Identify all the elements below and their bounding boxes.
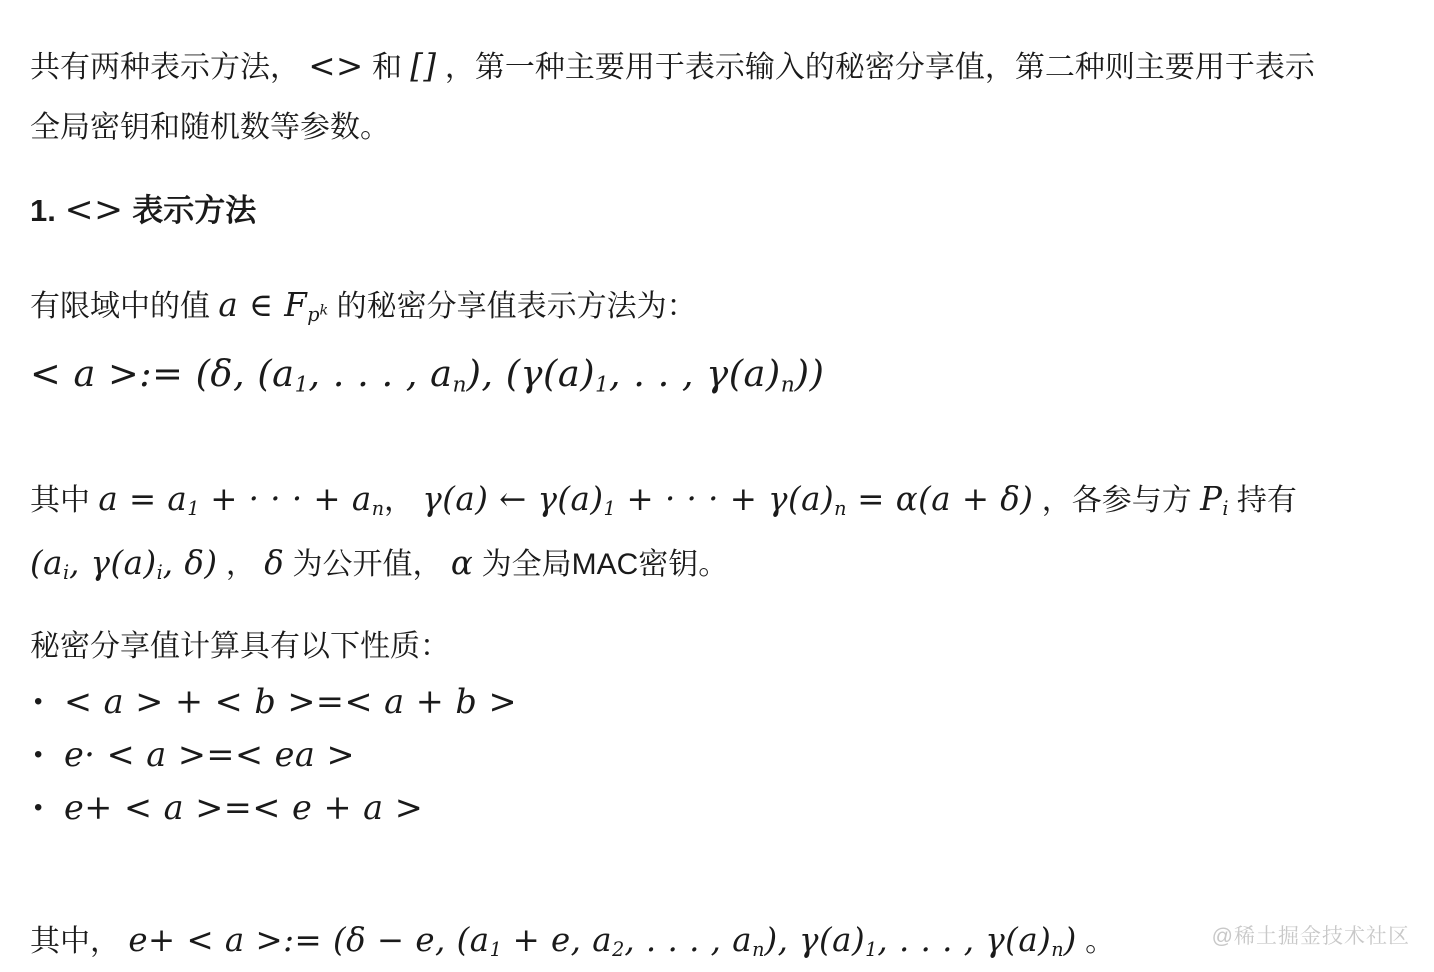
math-segment: n: [834, 497, 846, 520]
properties-intro-paragraph: 秘密分享值计算具有以下性质：: [30, 625, 1408, 669]
properties-list: < a > + < b >=< a + b > e· < a >=< ea > …: [30, 676, 1130, 835]
math-segment: P: [1200, 480, 1222, 518]
explanation-paragraph: 其中 a = a1 + · · · + an， γ(a) ← γ(a)1 + ·…: [30, 472, 1408, 600]
text-segment: 共有两种表示方法，: [30, 51, 308, 84]
math-segment: + e, a: [502, 921, 612, 959]
math-segment: < a > + < b >=< a + b >: [64, 682, 517, 721]
text-segment: 表示方法: [124, 193, 257, 228]
text-segment: 。: [1077, 925, 1115, 958]
math-segment: , . . . , a: [624, 921, 752, 959]
text-segment: 其中，: [30, 925, 128, 958]
text-segment: 有限域中的值: [30, 290, 218, 323]
property-item: e+ < a >=< e + a >: [30, 782, 1130, 835]
math-segment: < a >:= (δ, (a: [30, 352, 295, 395]
text-segment: ，第一种主要用于表示输入的秘密分享值，第二种则主要用于表示: [437, 51, 1315, 84]
text-segment: ，: [218, 548, 265, 581]
math-segment: ), γ(a): [764, 921, 865, 959]
math-segment: 1: [490, 938, 502, 961]
math-segment: n: [752, 938, 764, 961]
math-segment: <>: [308, 47, 363, 85]
math-segment: p: [307, 303, 319, 326]
math-segment: []: [410, 47, 436, 85]
math-segment: , . . . , γ(a): [877, 921, 1051, 959]
text-segment: 为全局MAC密钥。: [473, 548, 728, 581]
math-segment: 1: [595, 373, 609, 398]
math-segment: γ(a) ← γ(a): [422, 480, 603, 518]
property-item: < a > + < b >=< a + b >: [30, 676, 1130, 729]
text-segment: 全局密钥和随机数等参数。: [30, 111, 390, 144]
text-segment: 和: [364, 51, 411, 84]
math-segment: + · · · + γ(a): [616, 480, 834, 518]
math-segment: , γ(a): [69, 544, 157, 582]
math-segment: α: [451, 544, 473, 582]
text-segment: ，: [384, 484, 422, 517]
math-segment: )): [795, 352, 825, 395]
math-segment: δ: [264, 544, 284, 582]
math-segment: ): [1064, 921, 1077, 959]
text-segment: 其中: [30, 484, 98, 517]
math-segment: e+ < a >:= (δ − e, (a: [128, 921, 489, 959]
math-segment: + · · · + a: [199, 480, 371, 518]
article-page: 共有两种表示方法， <> 和 [] ，第一种主要用于表示输入的秘密分享值，第二种…: [0, 0, 1434, 972]
property-item: e· < a >=< ea >: [30, 729, 1130, 782]
math-segment: , . . , γ(a): [609, 352, 781, 395]
math-segment: ), (γ(a): [467, 352, 595, 395]
math-segment: a ∈ F: [218, 286, 307, 324]
text-segment: 持有: [1229, 484, 1297, 517]
text-segment: 的秘密分享值表示方法为：: [328, 290, 696, 323]
text-segment: 1.: [30, 193, 64, 228]
math-segment: e· < a >=< ea >: [64, 735, 355, 774]
field-definition-paragraph: 有限域中的值 a ∈ Fpk 的秘密分享值表示方法为：: [30, 280, 1408, 340]
math-segment: (a: [30, 544, 63, 582]
math-segment: n: [372, 497, 384, 520]
text-segment: 秘密分享值计算具有以下性质：: [30, 630, 450, 663]
text-segment: ，各参与方: [1033, 484, 1200, 517]
math-segment: <>: [64, 190, 123, 230]
math-segment: a = a: [98, 480, 187, 518]
math-segment: e+ < a >=< e + a >: [64, 788, 423, 827]
intro-paragraph: 共有两种表示方法， <> 和 [] ，第一种主要用于表示输入的秘密分享值，第二种…: [30, 36, 1408, 158]
share-notation-formula: < a >:= (δ, (a1, . . . , an), (γ(a)1, . …: [30, 346, 1408, 414]
watermark: @稀土掘金技术社区: [1212, 920, 1410, 950]
math-segment: 2: [612, 938, 624, 961]
math-segment: , δ): [163, 544, 218, 582]
math-segment: 1: [604, 497, 616, 520]
text-segment: 为公开值，: [284, 548, 451, 581]
math-segment: n: [1051, 938, 1063, 961]
section-heading: 1. <> 表示方法: [30, 189, 256, 232]
math-segment: = α(a + δ): [846, 480, 1033, 518]
math-segment: k: [320, 302, 329, 318]
math-segment: 1: [187, 497, 199, 520]
math-segment: n: [453, 373, 467, 398]
math-segment: 1: [295, 373, 309, 398]
math-segment: n: [781, 373, 795, 398]
math-segment: 1: [865, 938, 877, 961]
math-segment: , . . . , a: [308, 352, 452, 395]
